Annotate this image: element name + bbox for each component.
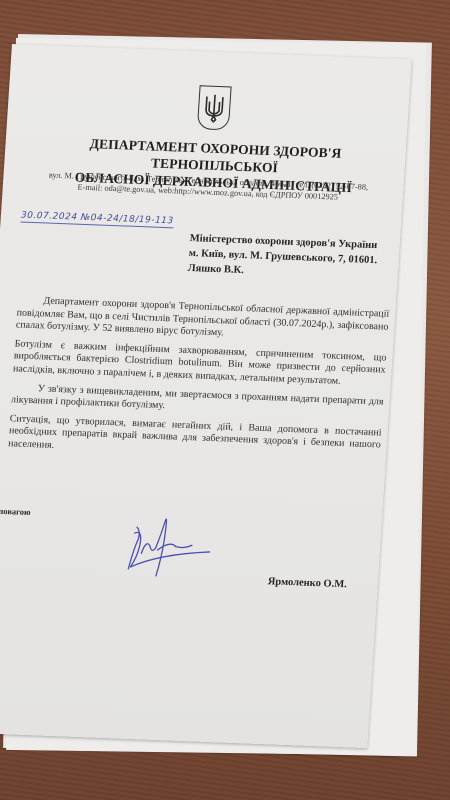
outgoing-reference-number: 30.07.2024 №04-24/18/19-113 (20, 210, 173, 228)
letter-body: Департамент охорони здоров'я Тернопільсь… (7, 294, 389, 471)
addressee-block: Міністерство охорони здоров'я України м.… (187, 231, 400, 284)
signer-name: Ярмоленко О.М. (267, 576, 347, 590)
handwritten-signature-icon (118, 509, 223, 585)
body-paragraph-2: Ботулізм є важким інфекційним захворюван… (13, 338, 387, 390)
body-paragraph-4: Ситуація, що утворилася, вимагає негайни… (8, 413, 382, 465)
closing-salutation: З повагою (0, 506, 31, 517)
trident-icon (202, 91, 226, 124)
letter-document: ДЕПАРТАМЕНТ ОХОРОНИ ЗДОРОВ'Я ТЕРНОПІЛЬСЬ… (0, 44, 412, 748)
body-paragraph-1: Департамент охорони здоров'я Тернопільсь… (15, 294, 389, 346)
trident-coat-of-arms-icon (197, 85, 232, 130)
